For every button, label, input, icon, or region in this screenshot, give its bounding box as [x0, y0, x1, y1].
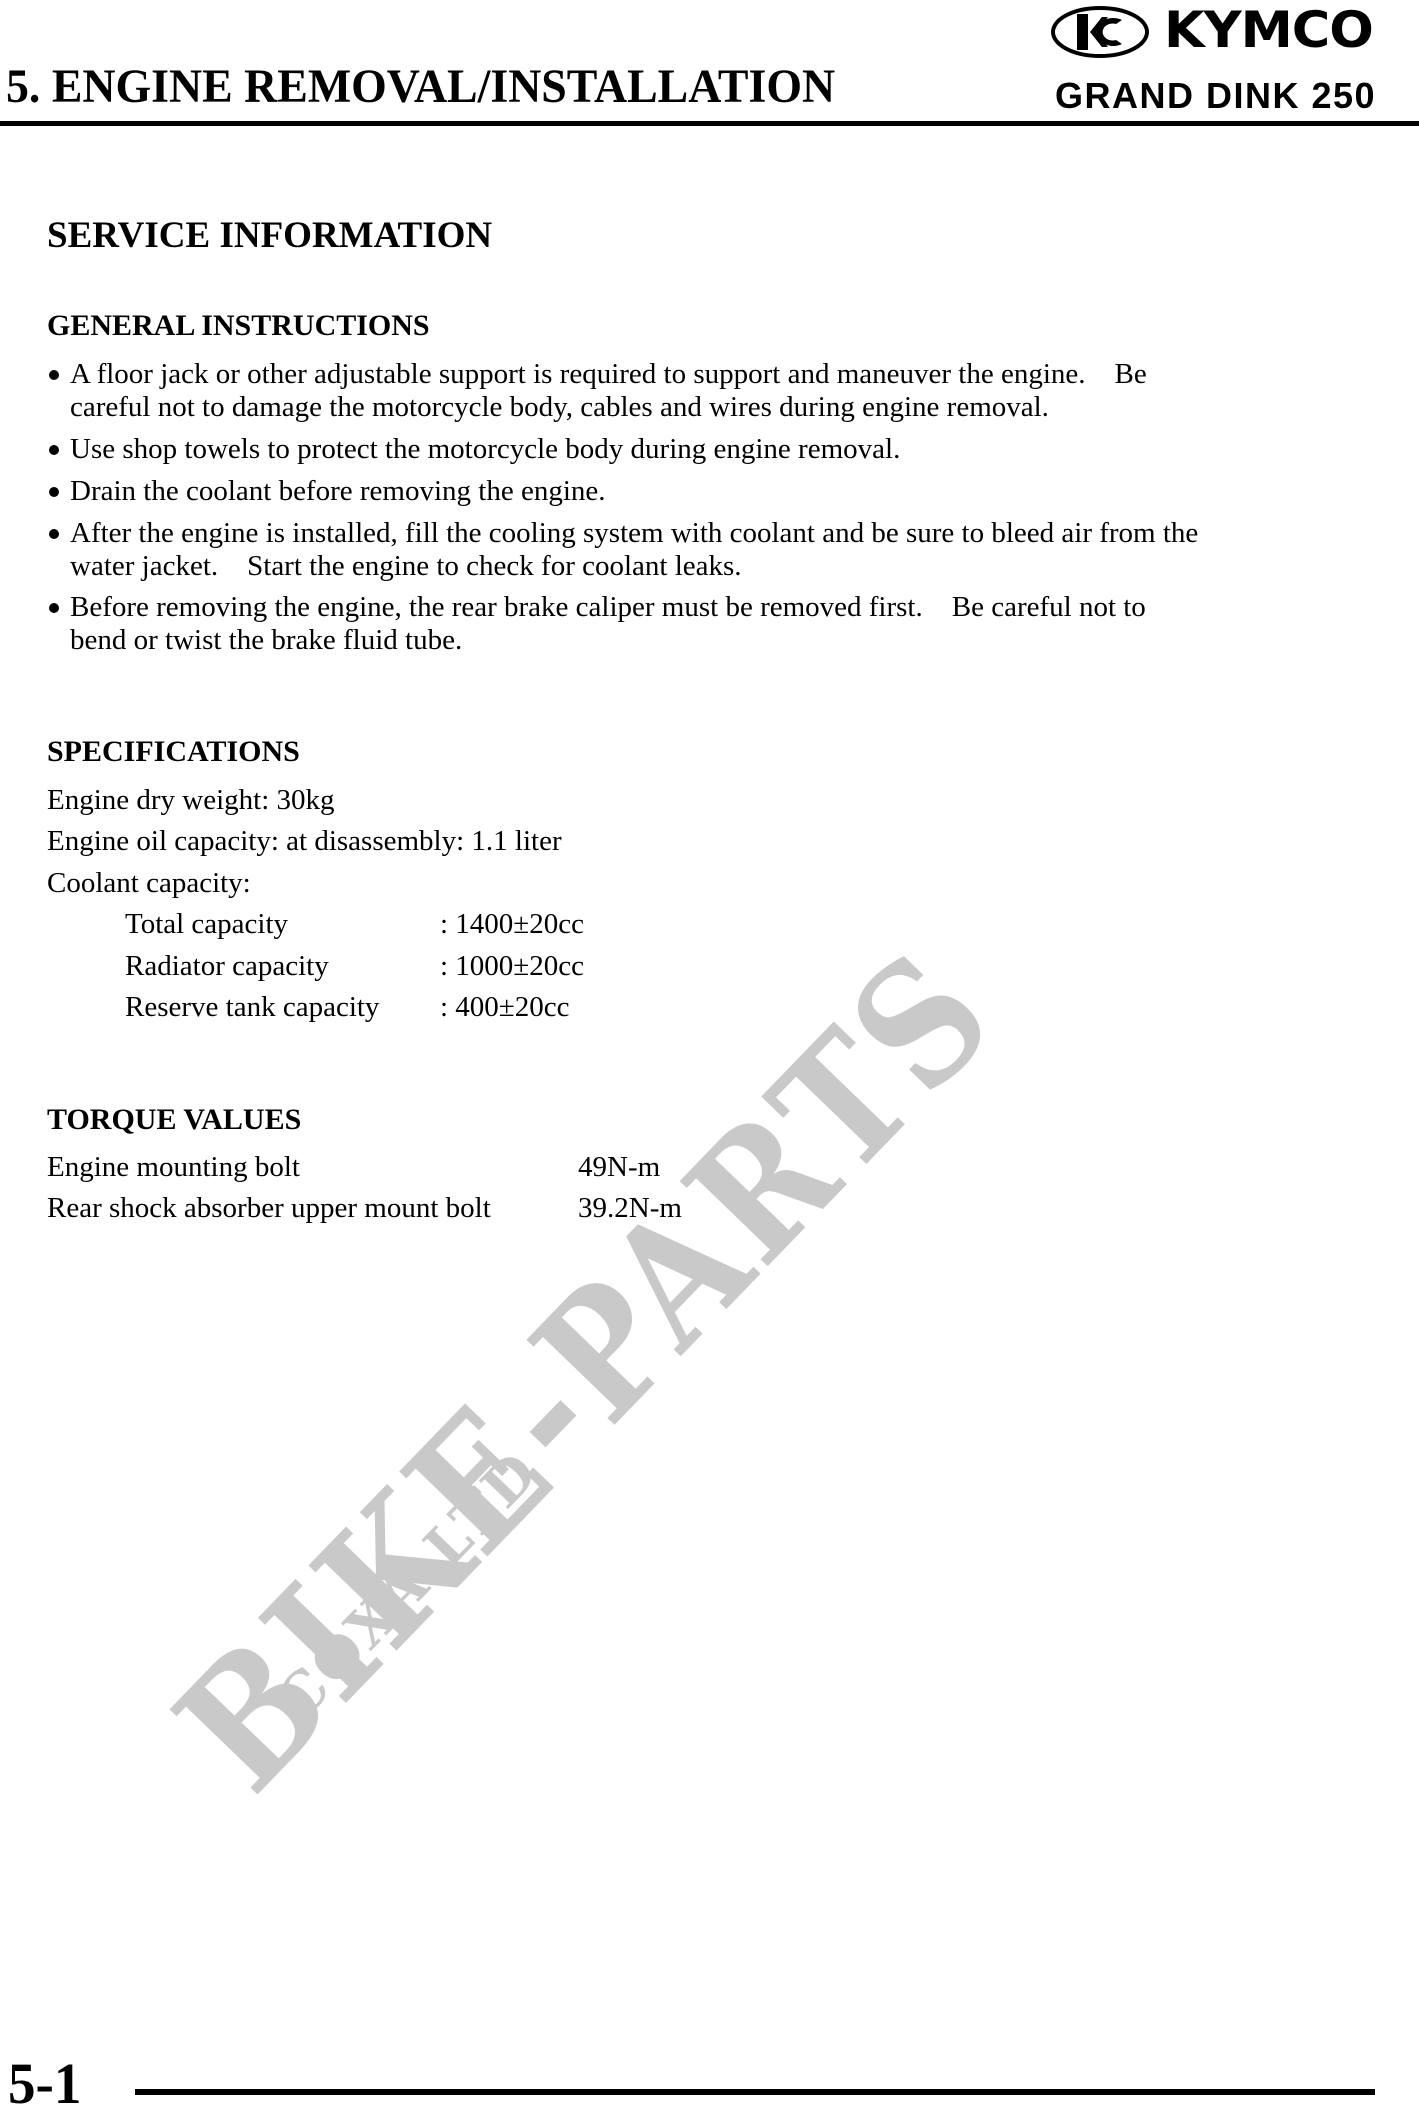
page-number: 5-1	[8, 2055, 81, 2109]
coolant-value: : 1400±20cc	[440, 910, 584, 939]
instruction-line: water jacket. Start the engine to check …	[70, 552, 742, 581]
coolant-label: Reserve tank capacity	[125, 993, 379, 1022]
bullet-icon	[49, 529, 59, 539]
document-body: SERVICE INFORMATION GENERAL INSTRUCTIONS…	[0, 0, 1419, 2109]
bullet-icon	[49, 603, 59, 613]
instruction-line: After the engine is installed, fill the …	[70, 519, 1198, 548]
bullet-icon	[49, 445, 59, 455]
torque-value: 39.2N-m	[578, 1194, 682, 1223]
torque-value: 49N-m	[578, 1153, 660, 1182]
brand-logo: KYMCO	[1048, 3, 1393, 63]
chapter-title: 5. ENGINE REMOVAL/INSTALLATION	[6, 63, 835, 111]
spec-engine-dry-weight: Engine dry weight: 30kg	[47, 786, 335, 815]
model-name: GRAND DINK 250	[1055, 78, 1376, 114]
header-rule	[0, 121, 1419, 126]
torque-label: Rear shock absorber upper mount bolt	[47, 1194, 491, 1223]
instruction-line: Before removing the engine, the rear bra…	[70, 593, 1146, 622]
bullet-icon	[49, 487, 59, 497]
instruction-line: A floor jack or other adjustable support…	[70, 360, 1147, 389]
subsection-title-specifications: SPECIFICATIONS	[47, 737, 300, 767]
torque-label: Engine mounting bolt	[47, 1153, 300, 1182]
footer-rule	[135, 2089, 1375, 2095]
instruction-line: Use shop towels to protect the motorcycl…	[70, 435, 900, 464]
spec-coolant-capacity-label: Coolant capacity:	[47, 869, 251, 898]
coolant-value: : 400±20cc	[440, 993, 569, 1022]
bullet-icon	[49, 370, 59, 380]
coolant-label: Total capacity	[125, 910, 288, 939]
brand-name: KYMCO	[1164, 5, 1373, 55]
instruction-line: bend or twist the brake fluid tube.	[70, 626, 462, 655]
coolant-value: : 1000±20cc	[440, 952, 584, 981]
subsection-title-general-instructions: GENERAL INSTRUCTIONS	[47, 311, 430, 341]
instruction-line: careful not to damage the motorcycle bod…	[70, 393, 1049, 422]
coolant-label: Radiator capacity	[125, 952, 329, 981]
instruction-line: Drain the coolant before removing the en…	[70, 477, 606, 506]
spec-engine-oil-capacity: Engine oil capacity: at disassembly: 1.1…	[47, 827, 562, 856]
kymco-emblem-icon	[1050, 5, 1150, 59]
section-title-service-information: SERVICE INFORMATION	[47, 217, 492, 254]
subsection-title-torque-values: TORQUE VALUES	[47, 1105, 301, 1135]
